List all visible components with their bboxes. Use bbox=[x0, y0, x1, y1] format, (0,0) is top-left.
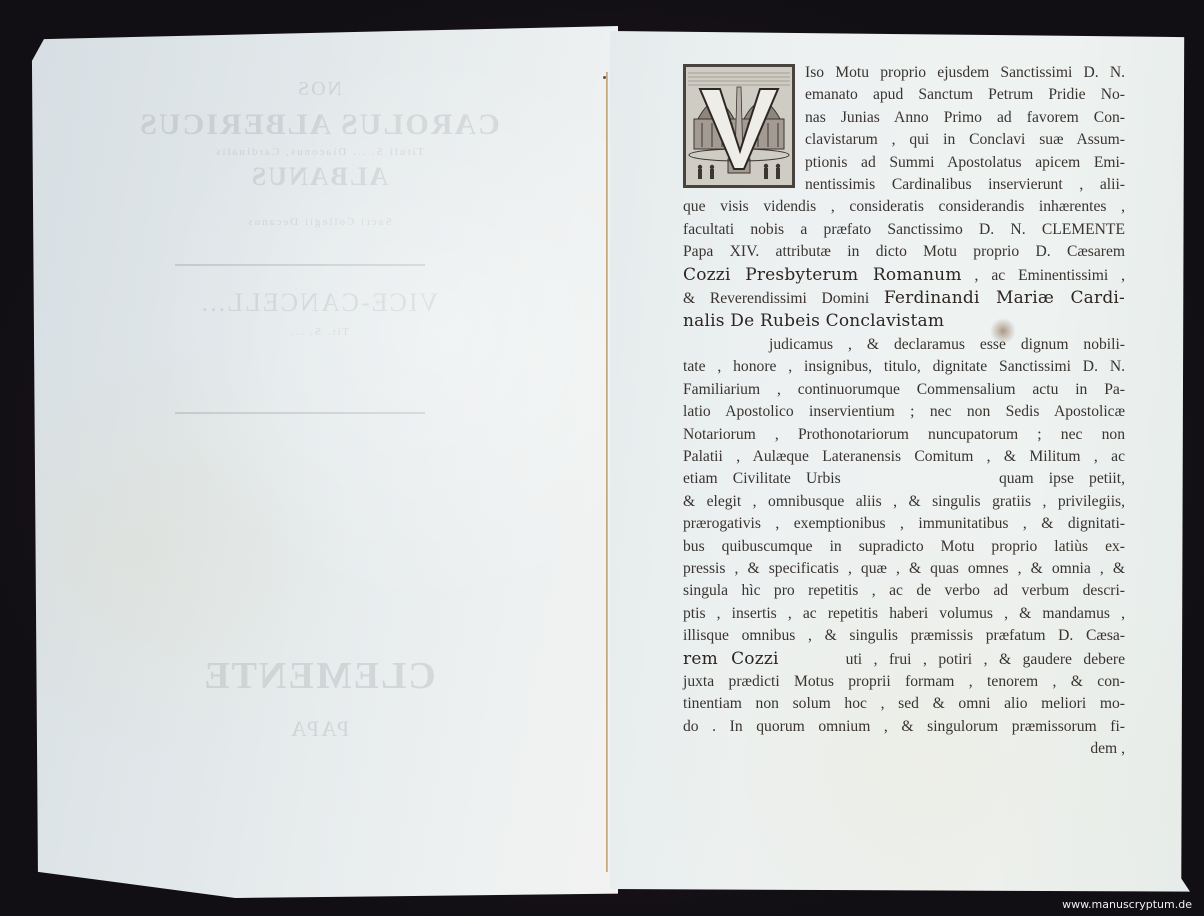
woodcut-initial-icon bbox=[686, 67, 792, 185]
text-line: Familiarium , continuorumque Commensaliu… bbox=[683, 379, 1125, 401]
text-line: do . In quorum omnium , & singulorum præ… bbox=[683, 716, 1125, 738]
text-line: judicamus , & declaramus esse dignum nob… bbox=[683, 334, 1125, 356]
text-line: pressis , & specificatis , quæ , & quas … bbox=[683, 558, 1125, 580]
text-line: bus quibuscumque in supradicto Motu prop… bbox=[683, 536, 1125, 558]
text-line-blank-field: etiam Civilitate Urbis quam ipse petiit, bbox=[683, 468, 1125, 490]
text-line: ptis , insertis , ac repetitis haberi vo… bbox=[683, 603, 1125, 625]
bleed-rule bbox=[175, 264, 425, 266]
bleed-line: Tit. S. ... bbox=[20, 326, 618, 338]
bleed-line: CLEMENTE bbox=[20, 654, 618, 698]
bleed-line: ALBANUS bbox=[20, 162, 618, 192]
bleed-line: NOS bbox=[20, 78, 618, 101]
text-line: illisque omnibus , & singulis præmissis … bbox=[683, 625, 1125, 647]
text-line: juxta prædicti Motus proprii formam , te… bbox=[683, 671, 1125, 693]
bleed-line: VICE-CANCELL... bbox=[20, 288, 618, 318]
text-line-mixed: Cozzi Presbyterum Romanum , ac Eminentis… bbox=[683, 264, 1125, 287]
watermark-url: www.manuscryptum.de bbox=[1062, 898, 1192, 911]
handwritten-name: nalis De Rubeis Conclavistam bbox=[683, 311, 944, 331]
binding-hole bbox=[603, 76, 606, 79]
printed-text: uti , frui , potiri , & gaudere debere bbox=[846, 651, 1125, 668]
handwritten-name: Cozzi Presbyterum Romanum bbox=[683, 265, 962, 285]
printed-text: & Reverendissimi Domini bbox=[683, 290, 869, 307]
text-line-mixed: nalis De Rubeis Conclavistam bbox=[683, 310, 1125, 333]
text-line: Notariorum , Prothonotariorum nuncupator… bbox=[683, 424, 1125, 446]
bleed-line: CAROLUS ALBERICUS bbox=[20, 108, 618, 142]
catchword: dem , bbox=[683, 738, 1125, 760]
bleed-rule bbox=[175, 412, 425, 414]
printed-text: etiam Civilitate Urbis bbox=[683, 470, 841, 487]
text-line: tate , honore , insignibus, titulo, dign… bbox=[683, 356, 1125, 378]
printed-text: , ac Eminentissimi , bbox=[975, 267, 1125, 284]
text-line: prærogativis , exemptionibus , immunitat… bbox=[683, 513, 1125, 535]
handwritten-name: Ferdinandi Mariæ Cardi- bbox=[884, 288, 1125, 308]
left-page-verso: NOS CAROLUS ALBERICUS Tituli S. ... Diac… bbox=[20, 26, 618, 898]
text-line: & elegit , omnibusque aliis , & singulis… bbox=[683, 491, 1125, 513]
text-line: facultati nobis a præfato Sanctissimo D.… bbox=[683, 219, 1125, 241]
text-line: latio Apostolico inservientium ; nec non… bbox=[683, 401, 1125, 423]
text-line: singula hìc pro repetitis , ac de verbo … bbox=[683, 580, 1125, 602]
text-line: tinentiam non solum hoc , sed & omni ali… bbox=[683, 693, 1125, 715]
binding-thread bbox=[606, 72, 608, 872]
printed-text: quam ipse petiit, bbox=[999, 470, 1125, 487]
bleed-line: PAPA bbox=[20, 716, 618, 742]
bleed-line: Sacri Collegii Decanus bbox=[20, 216, 618, 228]
text-line: Papa XIV. attributæ in dicto Motu propri… bbox=[683, 241, 1125, 263]
text-line-mixed: rem Cozzi uti , frui , potiri , & gauder… bbox=[683, 648, 1125, 671]
handwritten-name: rem Cozzi bbox=[683, 649, 779, 669]
decorated-initial-v bbox=[683, 64, 795, 188]
document-body: Iso Motu proprio ejusdem Sanctissimi D. … bbox=[683, 62, 1125, 761]
bleed-line: Tituli S. ... Diaconus, Cardinalis bbox=[20, 146, 618, 158]
text-line-mixed: & Reverendissimi Domini Ferdinandi Mariæ… bbox=[683, 287, 1125, 310]
text-line: Palatii , Aulæque Lateranensis Comitum ,… bbox=[683, 446, 1125, 468]
text-line: que visis videndis , consideratis consid… bbox=[683, 196, 1125, 218]
